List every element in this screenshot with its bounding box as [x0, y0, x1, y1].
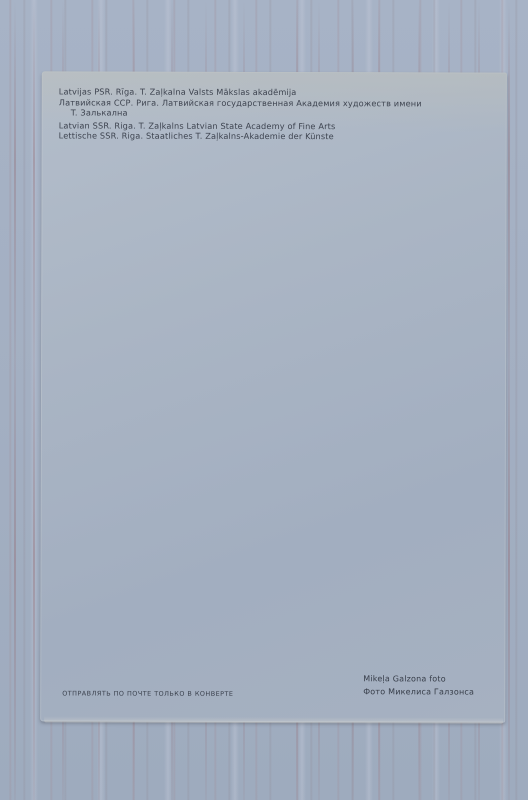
wood-grain	[14, 0, 16, 800]
wood-grain	[508, 0, 510, 800]
photo-credit-russian: Фото Микелиса Галзонса	[363, 685, 474, 698]
postcard-caption: Latvijas PSR. Rīga. T. Zaļkalna Valsts M…	[59, 86, 499, 142]
caption-latvian: Latvijas PSR. Rīga. T. Zaļkalna Valsts M…	[59, 86, 499, 98]
postcard: Latvijas PSR. Rīga. T. Zaļkalna Valsts M…	[40, 71, 507, 722]
photo-credit-latvian: Mikeļa Galzona foto	[363, 672, 474, 685]
caption-russian-continued: T. Залькална	[59, 108, 499, 120]
mail-instruction-note: Отправлять по почте только в конверте	[62, 689, 233, 697]
postcard-bottom-edge	[44, 716, 503, 723]
wood-grain	[33, 0, 35, 800]
photo-credit: Mikeļa Galzona foto Фото Микелиса Галзон…	[363, 672, 474, 698]
caption-german: Lettische SSR. Riga. Staatliches T. Zaļk…	[59, 131, 499, 143]
